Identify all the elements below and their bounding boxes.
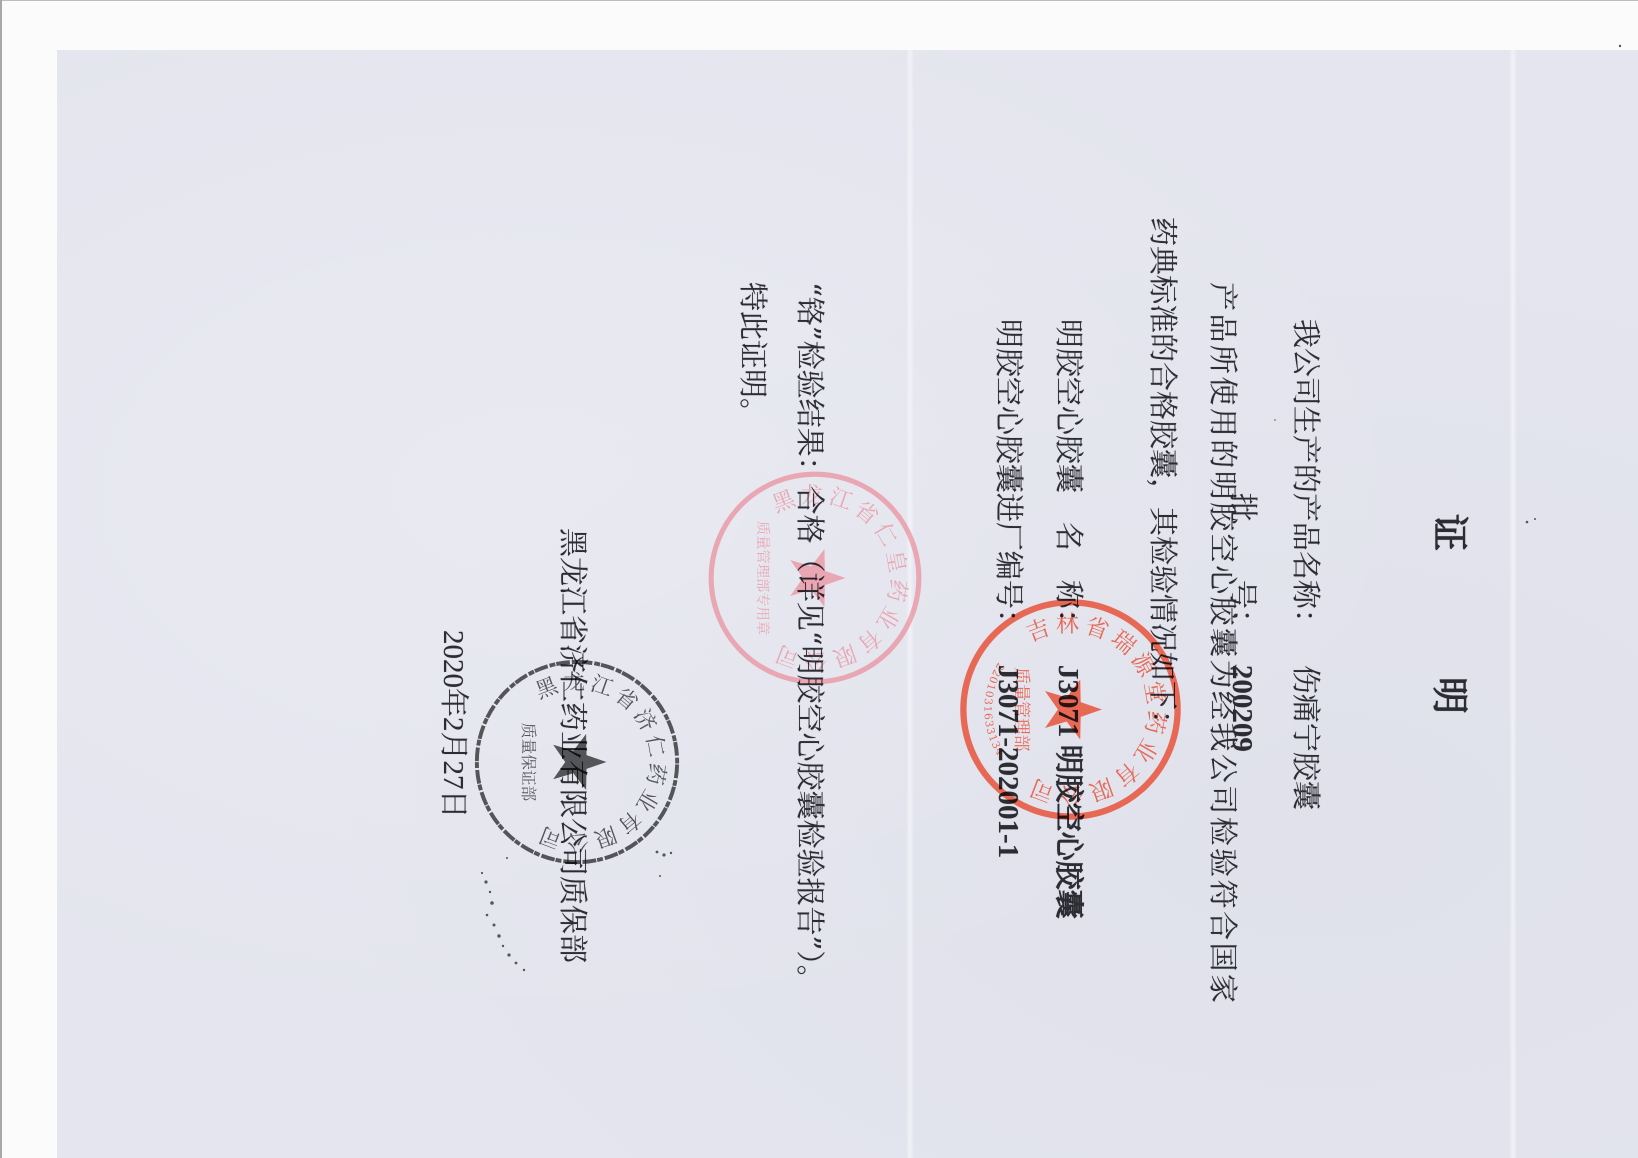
seal-code-text: 2201031633134 (981, 660, 1006, 758)
closing-statement: 特此证明。 (736, 282, 770, 427)
body-paragraph-line-1: 产品所使用的明胶空心胶囊为经我公司检验符合国家 (1206, 282, 1240, 1003)
capsule-intake-number-label: 明胶空心胶囊进厂编号： (992, 319, 1026, 638)
black-seal-quality-assurance: 黑龙江省济仁药业有限公司 质量保证部 (469, 654, 685, 870)
seal-inner-text: 质量管理部 (1012, 668, 1032, 752)
star-icon (553, 734, 606, 790)
scan-border-top (0, 0, 1638, 1)
document-title: 证明 (1430, 514, 1470, 840)
product-name-value: 伤痛宁胶囊 (1289, 665, 1323, 810)
svg-text:2201031633134: 2201031633134 (981, 660, 1006, 758)
scan-border-left (0, 0, 2, 1158)
red-seal-supplier: 吉林省瑞源堂药业有限公司 质量管理部 2201031633134 (955, 594, 1186, 825)
red-seal-quality-management: 黑龙江省仁皇药业有限公司 质量管理部专用章 (703, 466, 927, 690)
issue-date: 2020年2月27日 (436, 630, 470, 819)
star-icon (790, 549, 845, 607)
seal-inner-text: 质量管理部专用章 (754, 521, 772, 635)
seal-inner-text: 质量保证部 (519, 723, 538, 802)
product-name-label: 我公司生产的产品名称： (1289, 319, 1323, 638)
star-icon (1045, 680, 1102, 740)
certificate-page: 证明 我公司生产的产品名称：伤痛宁胶囊 批 号：200209 产品所使用的明胶空… (57, 50, 1638, 1158)
